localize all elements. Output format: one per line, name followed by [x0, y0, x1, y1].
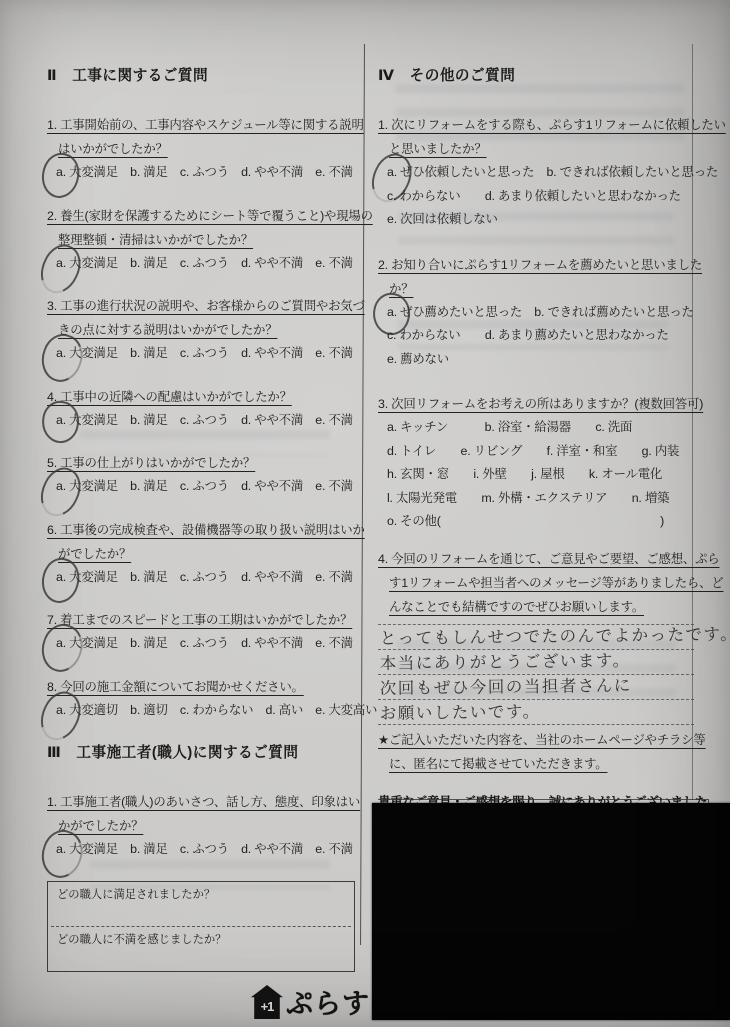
question-text: んなことでも結構ですのでぜひお願いします。 [378, 595, 694, 619]
answer-options: e. 薦めない [378, 348, 694, 372]
options-text: e. 次回は依頼しない [387, 212, 498, 226]
question-text: 4. 工事中の近隣への配慮はいかがでしたか？ [47, 385, 361, 409]
question-iv-2: 2. お知り合いにぷらす1リフォームを薦めたいと思いました か？ a. ぜひ薦め… [378, 253, 694, 372]
question-ii-6: 6. 工事後の完成検査や、設備機器等の取り扱い説明はいか がでしたか？ a. 大… [47, 518, 361, 590]
section-iv-heading: Ⅳ その他のご質問 [378, 64, 694, 88]
options-text: a. 大変満足 b. 満足 c. ふつう d. やや不満 e. 不満 [56, 165, 353, 179]
question-text: す1リフォームや担当者へのメッセージ等がありましたら、ど [378, 571, 694, 595]
section-iii-heading: Ⅲ 工事施工者(職人)に関するご質問 [47, 741, 361, 765]
answer-options: a. 大変満足 b. 満足 c. ふつう d. やや不満 e. 不満 [47, 566, 361, 590]
options-text: d. トイレ e. リビング f. 洋室・和室 g. 内装 [387, 444, 679, 458]
answer-options: a. 大変満足 b. 満足 c. ふつう d. やや不満 e. 不満 [47, 475, 361, 499]
question-ii-3: 3. 工事の進行状況の説明や、お客様からのご質問やお気づ きの点に対する説明はい… [47, 294, 361, 366]
satisfied-craftsman-prompt: どの職人に満足されましたか？ [48, 882, 354, 926]
question-text: 6. 工事後の完成検査や、設備機器等の取り扱い説明はいか [47, 518, 361, 542]
options-text: a. ぜひ薦めたいと思った b. できれば薦めたいと思った [387, 305, 694, 319]
answer-options: l. 太陽光発電 m. 外構・エクステリア n. 増築 [378, 487, 694, 511]
answer-options: a. 大変適切 b. 適切 c. わからない d. 高い e. 大変高い [47, 699, 361, 723]
handwritten-comment-area: とってもしんせつでたのんでよかったです。 本当にありがとうございます。 次回もぜ… [378, 624, 694, 725]
question-ii-1: 1. 工事開始前の、工事内容やスケジュール等に関する説明 はいかがでしたか？ a… [47, 113, 361, 185]
dissatisfied-craftsman-prompt: どの職人に不満を感じましたか？ [48, 927, 354, 971]
answer-options: d. トイレ e. リビング f. 洋室・和室 g. 内装 [378, 440, 694, 464]
question-ii-2: 2. 養生(家財を保護するためにシート等で覆うこと)や現場の 整理整頓・清掃はい… [47, 204, 361, 276]
options-text: a. 大変満足 b. 満足 c. ふつう d. やや不満 e. 不満 [56, 346, 353, 360]
question-text: か？ [378, 277, 694, 301]
answer-line: お願いしたいです。 [378, 700, 694, 725]
answer-line: とってもしんせつでたのんでよかったです。 [378, 624, 694, 650]
options-text: o. その他( ) [387, 514, 664, 528]
options-text: c. わからない d. あまり依頼したいと思わなかった [387, 189, 681, 203]
answer-options: a. 大変満足 b. 満足 c. ふつう d. やや不満 e. 不満 [47, 342, 361, 366]
plus-one-badge: +1 [261, 999, 274, 1014]
answer-options: a. ぜひ薦めたいと思った b. できれば薦めたいと思った [378, 301, 694, 325]
options-text: c. わからない d. あまり薦めたいと思わなかった [387, 328, 669, 342]
answer-options: h. 玄関・窓 i. 外壁 j. 屋根 k. オール電化 [378, 463, 694, 487]
options-text: a. 大変満足 b. 満足 c. ふつう d. やや不満 e. 不満 [56, 413, 353, 427]
brand-name: ぷらす [286, 989, 370, 1019]
question-text: はいかがでしたか？ [47, 137, 361, 161]
options-text: a. 大変満足 b. 満足 c. ふつう d. やや不満 e. 不満 [56, 479, 353, 493]
answer-line: 本当にありがとうございます。 [378, 650, 694, 675]
question-ii-4: 4. 工事中の近隣への配慮はいかがでしたか？ a. 大変満足 b. 満足 c. … [47, 385, 361, 433]
question-iv-1: 1. 次にリフォームをする際も、ぷらす1リフォームに依頼したい と思いましたか？… [378, 113, 694, 232]
question-text: と思いましたか？ [378, 137, 694, 161]
handwritten-comment: お願いしたいです。 [380, 700, 541, 726]
question-text: 2. 養生(家財を保護するためにシート等で覆うこと)や現場の [47, 204, 361, 228]
question-iv-4: 4. 今回のリフォームを通じて、ご意見やご要望、ご感想、ぷら す1リフォームや担… [378, 547, 694, 619]
answer-options: a. 大変満足 b. 満足 c. ふつう d. やや不満 e. 不満 [47, 252, 361, 276]
answer-options: o. その他( ) [378, 510, 694, 534]
options-text: a. キッチン b. 浴室・給湯器 c. 洗面 [387, 420, 632, 434]
question-ii-8: 8. 今回の施工金額についてお聞かせください。 a. 大変適切 b. 適切 c.… [47, 675, 361, 723]
question-text: かがでしたか？ [47, 814, 361, 838]
question-text: 3. 工事の進行状況の説明や、お客様からのご質問やお気づ [47, 294, 361, 318]
question-text: 整理整頓・清掃はいかがでしたか？ [47, 228, 361, 252]
handwritten-comment: 本当にありがとうございます。 [380, 648, 631, 675]
options-text: a. 大変満足 b. 満足 c. ふつう d. やや不満 e. 不満 [56, 570, 353, 584]
question-text: 7. 着工までのスピードと工事の工期はいかがでしたか？ [47, 608, 361, 632]
question-text: 1. 工事開始前の、工事内容やスケジュール等に関する説明 [47, 113, 361, 137]
question-ii-7: 7. 着工までのスピードと工事の工期はいかがでしたか？ a. 大変満足 b. 満… [47, 608, 361, 656]
options-text: h. 玄関・窓 i. 外壁 j. 屋根 k. オール電化 [387, 467, 662, 481]
answer-options: c. わからない d. あまり依頼したいと思わなかった [378, 185, 694, 209]
answer-options: e. 次回は依頼しない [378, 208, 694, 232]
brand-logo: +1 ぷらす ONE [251, 985, 388, 1019]
options-text: a. 大変適切 b. 適切 c. わからない d. 高い e. 大変高い [56, 703, 377, 717]
answer-options: a. 大変満足 b. 満足 c. ふつう d. やや不満 e. 不満 [47, 838, 361, 862]
answer-options: c. わからない d. あまり薦めたいと思わなかった [378, 324, 694, 348]
note-text: ★ご記入いただいた内容を、当社のホームページやチラシ等 [378, 728, 694, 752]
options-text: l. 太陽光発電 m. 外構・エクステリア n. 増築 [387, 491, 669, 505]
question-iv-3: 3. 次回リフォームをお考えの所はありますか？(複数回答可) a. キッチン b… [378, 392, 694, 534]
question-text: 4. 今回のリフォームを通じて、ご意見やご要望、ご感想、ぷら [378, 547, 694, 571]
question-text: 5. 工事の仕上がりはいかがでしたか？ [47, 451, 361, 475]
options-text: e. 薦めない [387, 352, 449, 366]
publish-consent-note: ★ご記入いただいた内容を、当社のホームページやチラシ等 に、匿名にて掲載させてい… [378, 728, 694, 776]
answer-options: a. 大変満足 b. 満足 c. ふつう d. やや不満 e. 不満 [47, 632, 361, 656]
options-text: a. 大変満足 b. 満足 c. ふつう d. やや不満 e. 不満 [56, 636, 353, 650]
options-text: a. ぜひ依頼したいと思った b. できれば依頼したいと思った [387, 165, 718, 179]
question-text: 1. 次にリフォームをする際も、ぷらす1リフォームに依頼したい [378, 113, 694, 137]
answer-options: a. 大変満足 b. 満足 c. ふつう d. やや不満 e. 不満 [47, 161, 361, 185]
question-iii-1: 1. 工事施工者(職人)のあいさつ、話し方、態度、印象はい かがでしたか？ a.… [47, 790, 361, 862]
house-plus-one-icon: +1 [251, 985, 283, 1019]
question-text: 8. 今回の施工金額についてお聞かせください。 [47, 675, 361, 699]
answer-options: a. ぜひ依頼したいと思った b. できれば依頼したいと思った [378, 161, 694, 185]
right-column: Ⅳ その他のご質問 1. 次にリフォームをする際も、ぷらす1リフォームに依頼した… [378, 64, 694, 814]
craftsman-feedback-box: どの職人に満足されましたか？ どの職人に不満を感じましたか？ [47, 881, 355, 972]
handwritten-comment: とってもしんせつでたのんでよかったです。 [380, 622, 730, 650]
left-column: Ⅱ 工事に関するご質問 1. 工事開始前の、工事内容やスケジュール等に関する説明… [47, 64, 361, 972]
options-text: a. 大変満足 b. 満足 c. ふつう d. やや不満 e. 不満 [56, 842, 353, 856]
redacted-black-box [372, 803, 730, 1020]
question-text: がでしたか？ [47, 542, 361, 566]
section-ii-heading: Ⅱ 工事に関するご質問 [47, 64, 361, 88]
question-text: 2. お知り合いにぷらす1リフォームを薦めたいと思いました [378, 253, 694, 277]
question-text: 1. 工事施工者(職人)のあいさつ、話し方、態度、印象はい [47, 790, 361, 814]
options-text: a. 大変満足 b. 満足 c. ふつう d. やや不満 e. 不満 [56, 256, 353, 270]
answer-options: a. 大変満足 b. 満足 c. ふつう d. やや不満 e. 不満 [47, 409, 361, 433]
answer-options: a. キッチン b. 浴室・給湯器 c. 洗面 [378, 416, 694, 440]
note-text: に、匿名にて掲載させていただきます。 [378, 752, 694, 776]
question-text: きの点に対する説明はいかがでしたか？ [47, 318, 361, 342]
handwritten-comment: 次回もぜひ今回の当担者さんに [380, 673, 632, 700]
answer-line: 次回もぜひ今回の当担者さんに [378, 675, 694, 700]
question-ii-5: 5. 工事の仕上がりはいかがでしたか？ a. 大変満足 b. 満足 c. ふつう… [47, 451, 361, 499]
scanned-survey-page: Ⅱ 工事に関するご質問 1. 工事開始前の、工事内容やスケジュール等に関する説明… [0, 0, 730, 1027]
question-text: 3. 次回リフォームをお考えの所はありますか？(複数回答可) [378, 392, 694, 416]
